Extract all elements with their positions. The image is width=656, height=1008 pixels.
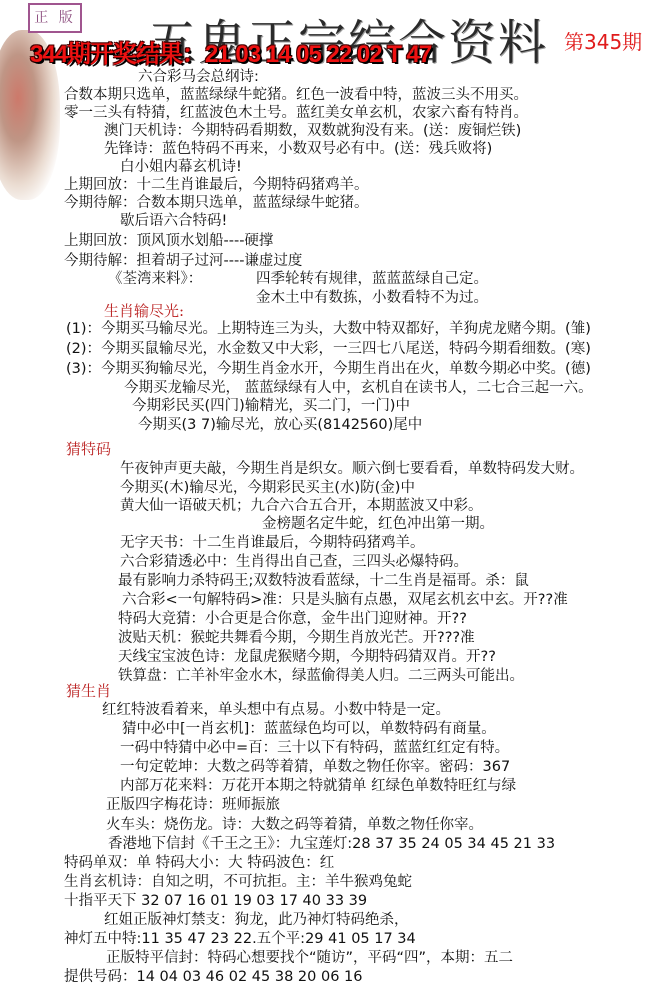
text-line: 六合彩<一句解特码>准：只是头脑有点愚，双尾玄机玄中玄。开??准 (122, 591, 568, 609)
text-line: 天线宝宝波色诗：龙鼠虎猴赌今期，今期特码猜双肖。开?? (118, 648, 496, 666)
text-line: 今期买龙输尽光， 蓝蓝绿绿有人中，玄机自在读书人，二七合三起一六。 (124, 379, 593, 397)
text-line: 金榜题名定牛蛇，红色冲出第一期。 (262, 515, 494, 533)
text-line: 上期回放：顶风顶水划船----硬撑 (64, 232, 273, 250)
text-line: 今期待解：担着胡子过河----谦虚过度 (64, 252, 302, 270)
text-line: 六合彩猜透必中：生肖得出自己查，三四头必爆特码。 (120, 553, 468, 571)
text-line: (1)：今期买马输尽光。上期特连三为头，大数中特双都好，羊狗虎龙赌今期。(雏) (66, 320, 591, 338)
text-line: 午夜钟声更夫敲，今期生肖是织女。顺六倒七要看看，单数特码发大财。 (120, 460, 584, 478)
section-heading: 猜生肖 (66, 680, 111, 701)
text-line: 正版特平信封：特码心想要找个“随访”，平码“四”，本期：五二 (106, 949, 513, 967)
text-line: 提供号码：14 04 03 46 02 45 38 20 06 16 (64, 968, 363, 986)
text-line: 特码大竞猜：小合更是合你意，金牛出门迎财神。开?? (118, 610, 467, 628)
text-line: (3)：今期买狗输尽光，今期生肖金水开，今期生肖出在火，单数今期必中奖。(德) (66, 360, 591, 378)
draw-result-banner: 344期开奖结果：21 03 14 05 22 02 T 47 (30, 34, 431, 69)
issue-number: 第345期 (564, 26, 642, 55)
text-line: 一码中特猜中必中=百：三十以下有特码，蓝蓝红红定有特。 (120, 739, 509, 757)
text-line: 香港地下信封《千王之王》：九宝莲灯:28 37 35 24 05 34 45 2… (108, 835, 555, 853)
text-line: 今期买(木)输尽光，今期彩民买主(水)防(金)中 (120, 479, 415, 497)
text-line: 先锋诗：蓝色特码不再来，小数双号必有中。(送：残兵败将) (104, 140, 492, 158)
text-line: 红姐正版神灯禁支：狗龙，此乃神灯特码绝杀， (104, 911, 409, 929)
text-line: 今期待解：合数本期只选单，蓝蓝绿绿牛蛇猪。 (64, 194, 369, 212)
text-line: 无字天书：十二生肖谁最后，今期特码猪鸡羊。 (120, 534, 425, 552)
text-line: 神灯五中特:11 35 47 23 22.五个平:29 41 05 17 34 (64, 930, 416, 948)
text-line: 特码单双：单 特码大小：大 特码波色：红 (64, 854, 334, 872)
text-line: 澳门天机诗：今期特码看期数，双数就狗没有来。(送：废铜烂铁) (104, 122, 521, 140)
genuine-stamp: 正 版 (28, 3, 82, 33)
text-line: (2)：今期买鼠输尽光，水金数又中大彩，一三四七八尾送，特码今期看细数。(寒) (66, 340, 591, 358)
text-line: 合数本期只选单，蓝蓝绿绿牛蛇猪。红色一波看中特，蓝波三头不用买。 (64, 86, 528, 104)
text-line: 波贴天机：猴蛇共舞看今期，今期生肖放光芒。开???准 (118, 629, 475, 647)
text-line: 今期买(3 7)输尽光，放心买(8142560)尾中 (138, 416, 422, 434)
section-heading: 生肖输尽光: (104, 300, 184, 321)
text-line: 四季轮转有规律，蓝蓝蓝绿自己定。 (256, 270, 488, 288)
text-line: 生肖玄机诗：自知之明，不可抗拒。主：羊牛猴鸡兔蛇 (64, 873, 412, 891)
text-line: 一句定乾坤：大数之码等着猜，单数之物任你宰。密码：367 (120, 758, 510, 776)
text-line: 猜中必中[一肖玄机]：蓝蓝绿色均可以，单数特码有商量。 (122, 720, 496, 738)
text-line: 正版四字梅花诗：班师振旅 (106, 796, 280, 814)
text-line: 火车头：烧伤龙。诗：大数之码等着猜，单数之物任你宰。 (106, 816, 483, 834)
text-line: 红红特波看着来，单头想中有点易。小数中特是一定。 (102, 701, 450, 719)
text-line: 最有影响力杀特码王;双数特波看蓝绿，十二生肖是福哥。杀：鼠 (118, 572, 529, 590)
text-line: 上期回放：十二生肖谁最后，今期特码猪鸡羊。 (64, 176, 369, 194)
text-line: 铁算盘：亡羊补牢金水木，绿蓝偷得美人归。二三两头可能出。 (118, 667, 524, 685)
text-line: 黄大仙一语破天机；九合六合五合开，本期蓝波又中彩。 (120, 497, 483, 515)
text-line: 内部万花来料：万花开本期之特就猜单 红绿色单数特旺红与绿 (120, 777, 516, 795)
text-line: 白小姐内幕玄机诗! (120, 158, 242, 176)
text-line: 今期彩民买(四门)输精光，买二门，一门)中 (132, 397, 410, 415)
text-line: 歇后语六合特码! (120, 212, 227, 230)
text-line: 十指平天下 32 07 16 01 19 03 17 40 33 39 (64, 892, 367, 910)
text-line: 金木土中有数拣，小数看特不为过。 (256, 289, 488, 307)
text-line: 《荃湾来料》： (108, 270, 202, 288)
section-heading: 猜特码 (66, 438, 111, 459)
text-line: 六合彩马会总纲诗: (138, 68, 259, 86)
text-line: 零一三头有特猜，红蓝波色木土号。蓝红美女单玄机，农家六畜有特肖。 (64, 104, 528, 122)
